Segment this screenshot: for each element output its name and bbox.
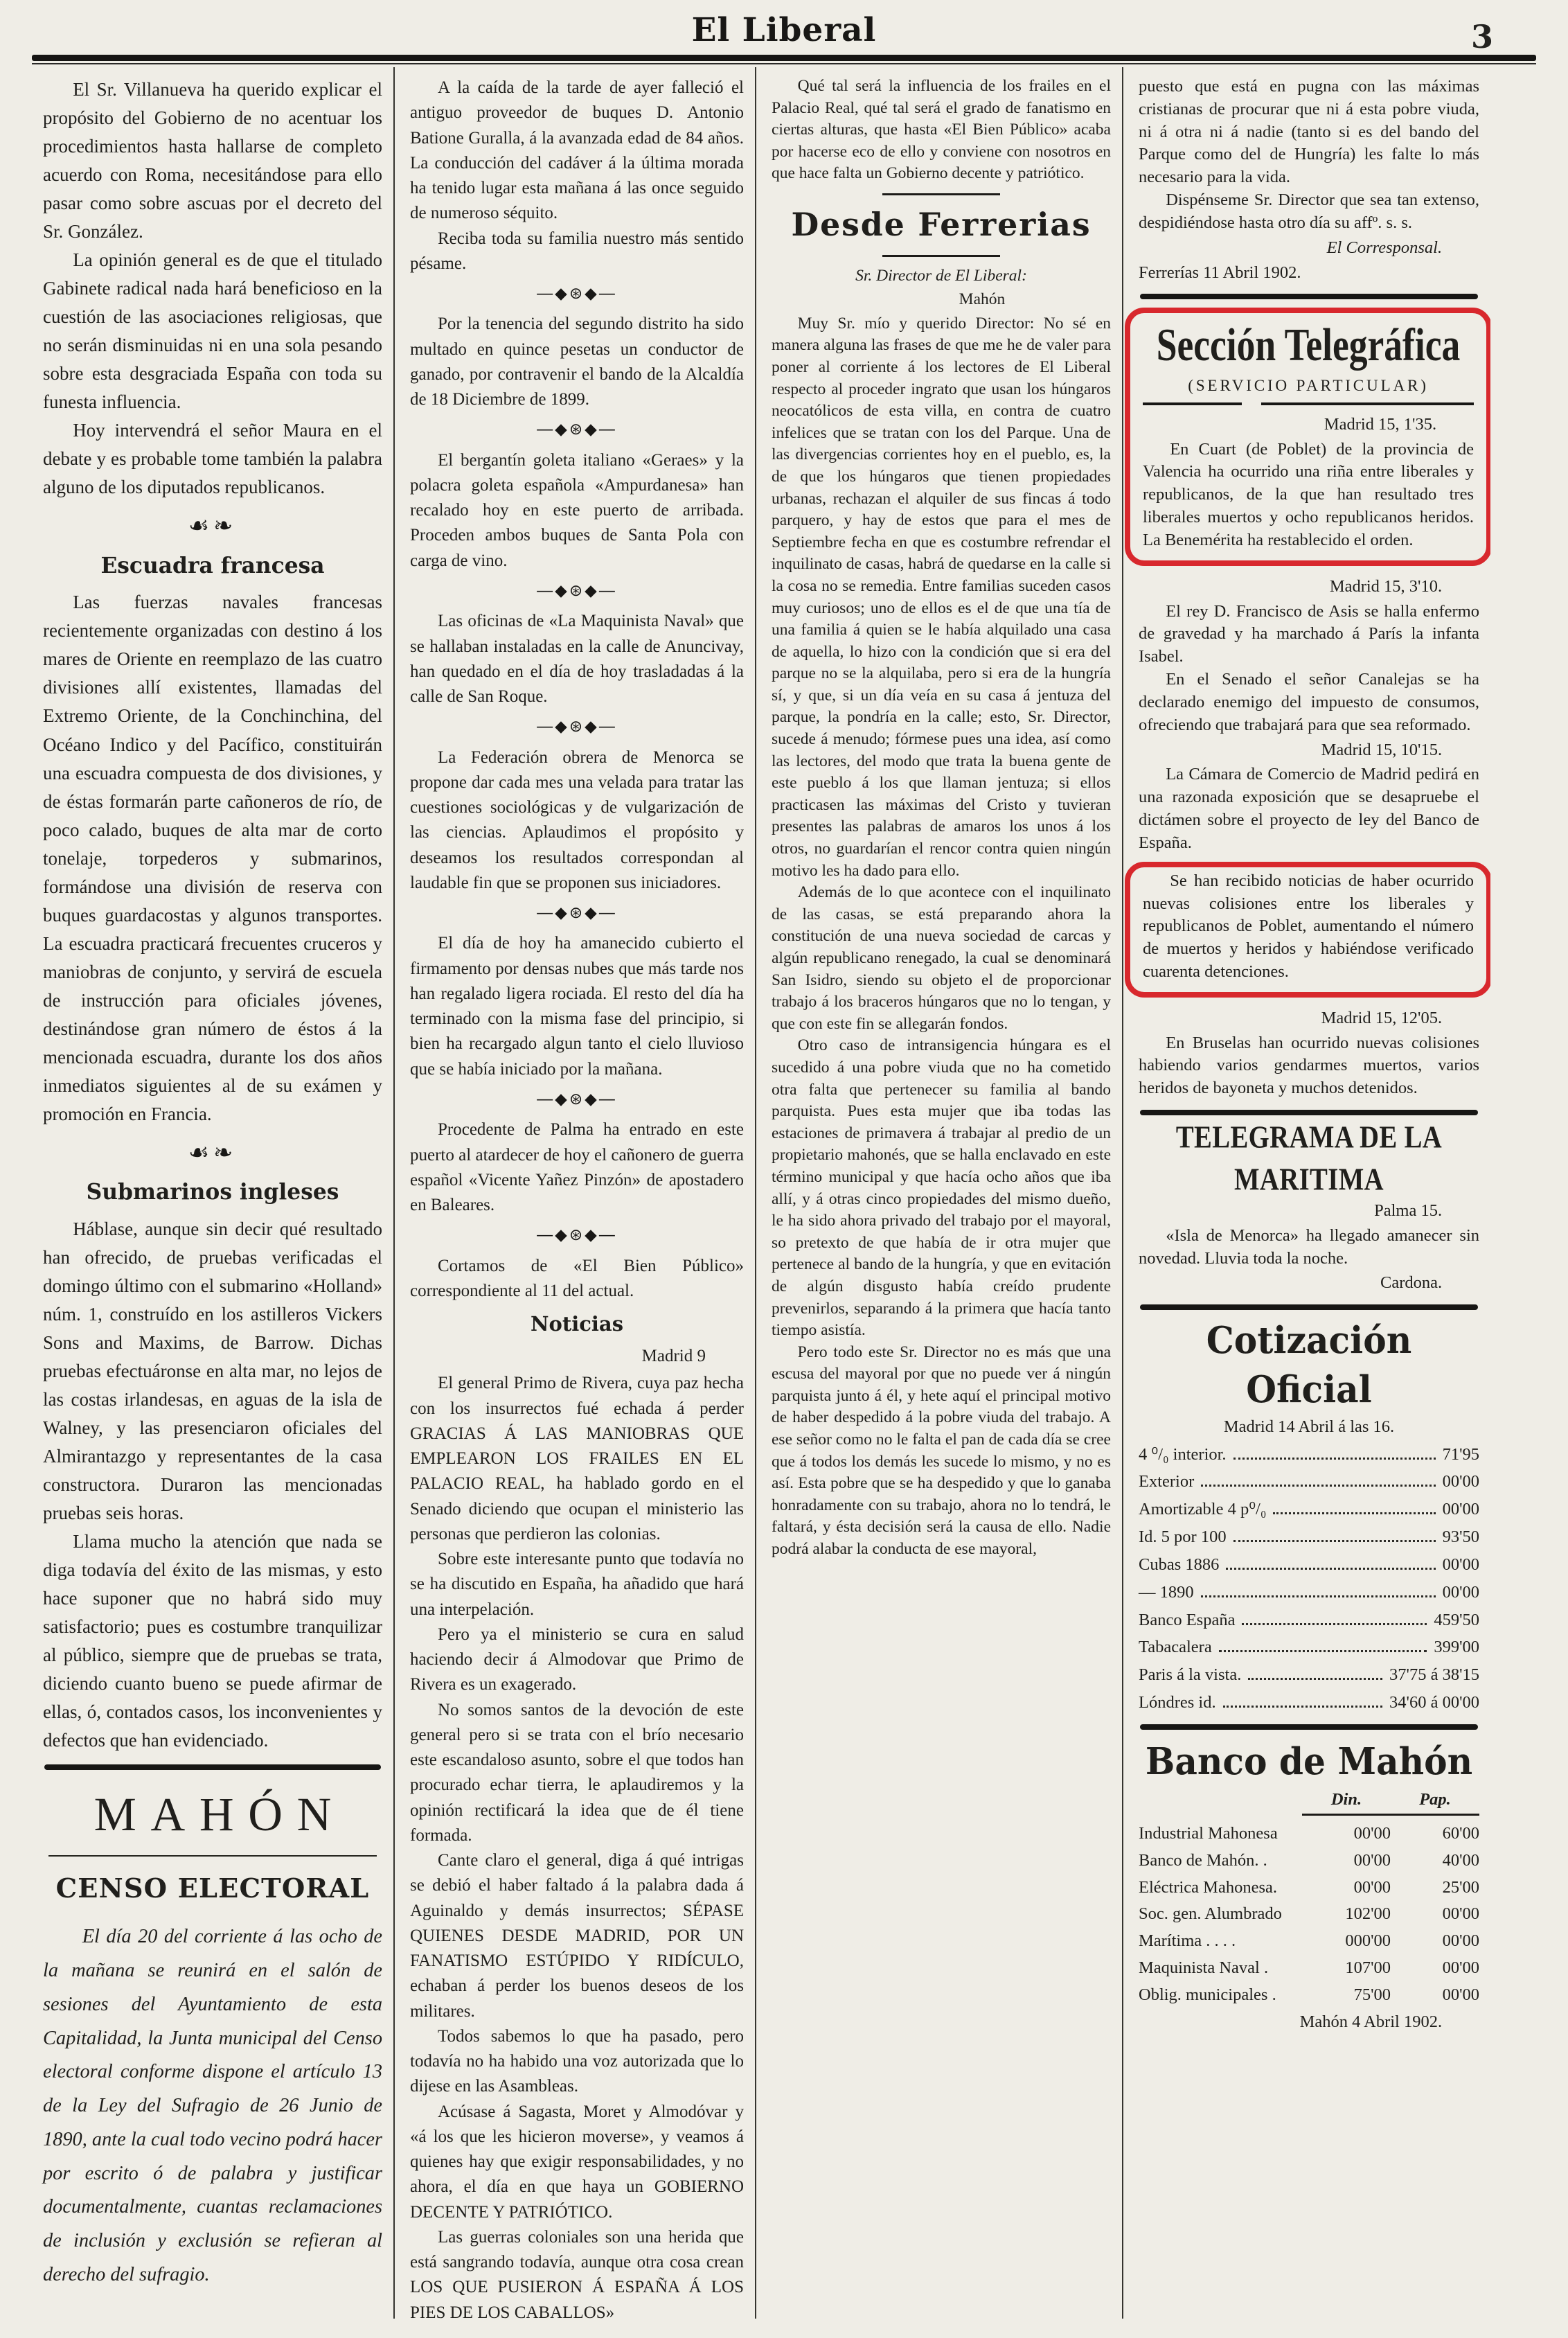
- dateline: Mahón: [772, 289, 1111, 311]
- pap-value: 00'00: [1391, 1903, 1479, 1926]
- quote-label: Soc. gen. Alumbrado: [1139, 1903, 1302, 1926]
- quote-value: 00'00: [1443, 1471, 1479, 1494]
- quote-label: Cubas 1886: [1139, 1554, 1219, 1577]
- dot-leader: [1233, 1458, 1436, 1460]
- dot-leader: [1201, 1595, 1436, 1597]
- highlight-annotation: Se han recibido noticias de haber ocurri…: [1125, 862, 1490, 998]
- dateline: Madrid 15, 3'10.: [1139, 576, 1479, 599]
- paragraph: En el Senado el señor Canalejas se ha de…: [1139, 668, 1479, 736]
- cotizacion-table: 4 ⁰/₀ interior.71'95Exterior00'00Amortiz…: [1139, 1444, 1479, 1715]
- pap-value: 00'00: [1391, 1930, 1479, 1953]
- seccion-telegrafica-title: Sección Telegráfica: [1155, 315, 1463, 376]
- dot-leader: [1219, 1650, 1427, 1652]
- curl-ornament-icon: ☙❧: [43, 508, 382, 543]
- paragraph: El día 20 del corriente á las ocho de la…: [43, 1920, 382, 2292]
- quote-row: Tabacalera399'00: [1139, 1636, 1479, 1659]
- heavy-rule: [1140, 1110, 1478, 1115]
- paragraph: Las guerras coloniales son una herida qu…: [410, 2225, 744, 2319]
- paragraph: Pero todo este Sr. Director no es más qu…: [772, 1342, 1111, 1561]
- short-rule: [882, 193, 1000, 195]
- quote-value: 93'50: [1443, 1526, 1479, 1549]
- split-rule-right: [1261, 402, 1474, 405]
- paragraph: Otro caso de intransigencia húngara es e…: [772, 1035, 1111, 1341]
- short-rule: [882, 255, 1000, 257]
- paragraph: El Sr. Villanueva ha querido explicar el…: [43, 76, 382, 246]
- paragraph: Además de lo que acontece con el inquili…: [772, 882, 1111, 1035]
- quote-row: — 189000'00: [1139, 1582, 1479, 1604]
- dateline: Madrid 9: [410, 1344, 744, 1369]
- censo-electoral-title: CENSO ELECTORAL: [43, 1869, 382, 1909]
- paragraph: Todos sabemos lo que ha pasado, pero tod…: [410, 2024, 744, 2100]
- banco-table-header: Din.Pap.: [1139, 1789, 1479, 1816]
- quote-label: — 1890: [1139, 1582, 1194, 1604]
- din-value: 75'00: [1302, 1984, 1391, 2007]
- quote-row: Maquinista Naval .107'0000'00: [1139, 1957, 1479, 1980]
- pap-value: 00'00: [1391, 1984, 1479, 2007]
- centered-line: Madrid 14 Abril á las 16.: [1139, 1416, 1479, 1439]
- dateline: Palma 15.: [1139, 1200, 1479, 1223]
- paragraph: Dispénseme Sr. Director que sea tan exte…: [1139, 189, 1479, 235]
- quote-label: Exterior: [1139, 1471, 1194, 1494]
- dot-leader: [1248, 1678, 1382, 1680]
- divider-ornament-icon: ―◆⊛◆―: [410, 716, 744, 738]
- quote-row: 4 ⁰/₀ interior.71'95: [1139, 1444, 1479, 1467]
- quote-value: 399'00: [1434, 1636, 1479, 1659]
- divider-ornament-icon: ―◆⊛◆―: [410, 283, 744, 305]
- quote-value: 71'95: [1443, 1444, 1479, 1467]
- pap-value: 40'00: [1391, 1850, 1479, 1872]
- quote-row: Amortizable 4 p⁰/₀00'00: [1139, 1498, 1479, 1521]
- salutation: Sr. Director de El Liberal:: [772, 265, 1111, 287]
- paragraph: En Cuart (de Poblet) de la provincia de …: [1143, 439, 1474, 552]
- din-value: 000'00: [1302, 1930, 1391, 1953]
- heavy-rule: [1140, 1724, 1478, 1730]
- quote-label: 4 ⁰/₀ interior.: [1139, 1444, 1227, 1467]
- quote-value: 00'00: [1443, 1498, 1479, 1521]
- heavy-rule: [1140, 1304, 1478, 1310]
- paragraph: Ferrerías 11 Abril 1902.: [1139, 262, 1479, 285]
- dot-leader: [1226, 1568, 1435, 1570]
- dot-leader: [1223, 1706, 1382, 1708]
- paragraph: La Cámara de Comercio de Madrid pedirá e…: [1139, 763, 1479, 854]
- quote-value: 34'60 á 00'00: [1389, 1692, 1479, 1715]
- divider-ornament-icon: ―◆⊛◆―: [410, 418, 744, 441]
- newspaper-page: El Liberal 3 El Sr. Villanueva ha querid…: [0, 0, 1568, 2338]
- paragraph: Procedente de Palma ha entrado en este p…: [410, 1117, 744, 1218]
- paragraph: puesto que está en pugna con las máximas…: [1139, 76, 1479, 189]
- paragraph: Muy Sr. mío y querido Director: No sé en…: [772, 313, 1111, 882]
- paragraph: El rey D. Francisco de Asis se halla enf…: [1139, 601, 1479, 668]
- quote-row: Oblig. municipales .75'0000'00: [1139, 1984, 1479, 2007]
- section-heading: Submarinos ingleses: [43, 1176, 382, 1210]
- quote-row: Cubas 188600'00: [1139, 1554, 1479, 1577]
- dateline: Madrid 15, 12'05.: [1139, 1007, 1479, 1030]
- paragraph: Llama mucho la atención que nada se diga…: [43, 1527, 382, 1755]
- quote-label: Maquinista Naval .: [1139, 1957, 1302, 1980]
- paragraph: Háblase, aunque sin decir qué resultado …: [43, 1215, 382, 1527]
- divider-ornament-icon: ―◆⊛◆―: [410, 1088, 744, 1111]
- telegrama-maritima-title: TELEGRAMA DE LA MARITIMA: [1139, 1117, 1479, 1202]
- column-header: Pap.: [1391, 1789, 1479, 1816]
- quote-label: Marítima . . . .: [1139, 1930, 1302, 1953]
- column-1: El Sr. Villanueva ha querido explicar el…: [36, 67, 393, 2319]
- quote-row: Eléctrica Mahonesa.00'0025'00: [1139, 1877, 1479, 1899]
- paragraph: La Federación obrera de Menorca se propo…: [410, 745, 744, 896]
- column-4: puesto que está en pugna con las máximas…: [1122, 67, 1490, 2319]
- quote-label: Amortizable 4 p⁰/₀: [1139, 1498, 1266, 1521]
- paragraph: Reciba toda su familia nuestro más senti…: [410, 227, 744, 277]
- quote-label: Tabacalera: [1139, 1636, 1212, 1659]
- din-value: 107'00: [1302, 1957, 1391, 1980]
- quote-label: Industrial Mahonesa: [1139, 1823, 1302, 1845]
- quote-value: 459'50: [1434, 1609, 1479, 1632]
- masthead: El Liberal 3: [0, 0, 1568, 49]
- column-header: Din.: [1302, 1789, 1391, 1816]
- mahon-title: MAHÓN: [43, 1778, 382, 1851]
- quote-row: Marítima . . . .000'0000'00: [1139, 1930, 1479, 1953]
- paper-title: El Liberal: [692, 11, 877, 49]
- service-note: (SERVICIO PARTICULAR): [1143, 375, 1474, 397]
- split-rule-left: [1143, 402, 1242, 405]
- dot-leader: [1273, 1512, 1435, 1514]
- highlight-annotation: Sección Telegráfica(SERVICIO PARTICULAR)…: [1125, 308, 1490, 565]
- quote-label: Lóndres id.: [1139, 1692, 1216, 1715]
- quote-row: Industrial Mahonesa00'0060'00: [1139, 1823, 1479, 1845]
- quote-label: Oblig. municipales .: [1139, 1984, 1302, 2007]
- paragraph: A la caída de la tarde de ayer falleció …: [410, 76, 744, 227]
- pap-value: 25'00: [1391, 1877, 1479, 1899]
- quote-label: Id. 5 por 100: [1139, 1526, 1227, 1549]
- quote-row: Lóndres id.34'60 á 00'00: [1139, 1692, 1479, 1715]
- quote-row: Soc. gen. Alumbrado102'0000'00: [1139, 1903, 1479, 1926]
- paragraph: Las oficinas de «La Maquinista Naval» qu…: [410, 609, 744, 709]
- banco-table: Din.Pap.Industrial Mahonesa00'0060'00Ban…: [1139, 1789, 1479, 2007]
- quote-value: 00'00: [1443, 1554, 1479, 1577]
- paragraph: Cante claro el general, diga á qué intri…: [410, 1848, 744, 2024]
- quote-label: Banco España: [1139, 1609, 1235, 1632]
- quote-label: Banco de Mahón. .: [1139, 1850, 1302, 1872]
- dot-leader: [1201, 1485, 1435, 1487]
- dateline: Madrid 15, 1'35.: [1143, 414, 1474, 436]
- paragraph: En Bruselas han ocurrido nuevas colision…: [1139, 1032, 1479, 1100]
- masthead-rule: [32, 55, 1536, 61]
- split-rule: [1143, 402, 1474, 405]
- pap-value: 60'00: [1391, 1823, 1479, 1845]
- din-value: 102'00: [1302, 1903, 1391, 1926]
- column-3: Qué tal será la influencia de los fraile…: [755, 67, 1122, 2319]
- paragraph: El bergantín goleta italiano «Geraes» y …: [410, 448, 744, 574]
- dateline: Madrid 15, 10'15.: [1139, 739, 1479, 762]
- din-value: 00'00: [1302, 1823, 1391, 1845]
- divider-ornament-icon: ―◆⊛◆―: [410, 580, 744, 603]
- dateline: Mahón 4 Abril 1902.: [1139, 2011, 1479, 2034]
- paragraph: El general Primo de Rivera, cuya paz hec…: [410, 1371, 744, 1547]
- quote-row: Paris á la vista.37'75 á 38'15: [1139, 1664, 1479, 1687]
- divider-ornament-icon: ―◆⊛◆―: [410, 902, 744, 925]
- dateline: Cardona.: [1139, 1272, 1479, 1295]
- section-heading: Escuadra francesa: [43, 550, 382, 583]
- dot-leader: [1233, 1540, 1436, 1542]
- page-number: 3: [1471, 18, 1493, 55]
- paragraph: Las fuerzas navales francesas recienteme…: [43, 588, 382, 1128]
- quote-value: 37'75 á 38'15: [1389, 1664, 1479, 1687]
- paragraph: «Isla de Menorca» ha llegado amanecer si…: [1139, 1225, 1479, 1270]
- curl-ornament-icon: ☙❧: [43, 1135, 382, 1170]
- quote-row: Banco España459'50: [1139, 1609, 1479, 1632]
- din-value: 00'00: [1302, 1850, 1391, 1872]
- paragraph: Acúsase á Sagasta, Moret y Almodóvar y «…: [410, 2100, 744, 2225]
- signature: El Corresponsal.: [1139, 237, 1479, 260]
- pap-value: 00'00: [1391, 1957, 1479, 1980]
- quote-row: Banco de Mahón. .00'0040'00: [1139, 1850, 1479, 1872]
- quote-value: 00'00: [1443, 1582, 1479, 1604]
- page-columns: El Sr. Villanueva ha querido explicar el…: [36, 67, 1540, 2319]
- heavy-rule: [1140, 294, 1478, 299]
- paragraph: Cortamos de «El Bien Público» correspond…: [410, 1254, 744, 1304]
- desde-ferrerias-title: Desde Ferrerias: [772, 204, 1111, 247]
- paragraph: Pero ya el ministerio se cura en salud h…: [410, 1622, 744, 1698]
- paragraph: Se han recibido noticias de haber ocurri…: [1143, 870, 1474, 984]
- masthead-rule-thin: [32, 63, 1536, 64]
- heavy-rule: [44, 1764, 381, 1770]
- quote-row: Id. 5 por 10093'50: [1139, 1526, 1479, 1549]
- paragraph: Hoy intervendrá el señor Maura en el deb…: [43, 416, 382, 502]
- divider-ornament-icon: ―◆⊛◆―: [410, 1224, 744, 1247]
- din-value: 00'00: [1302, 1877, 1391, 1899]
- dot-leader: [1242, 1623, 1427, 1625]
- paragraph: Sobre este interesante punto que todavía…: [410, 1547, 744, 1622]
- column-2: A la caída de la tarde de ayer falleció …: [393, 67, 755, 2319]
- paragraph: El día de hoy ha amanecido cubierto el f…: [410, 931, 744, 1082]
- paragraph: Por la tenencia del segundo distrito ha …: [410, 312, 744, 412]
- quote-label: Eléctrica Mahonesa.: [1139, 1877, 1302, 1899]
- paragraph: La opinión general es de que el titulado…: [43, 246, 382, 416]
- cotizacion-oficial-title: Cotización Oficial: [1139, 1316, 1479, 1415]
- paragraph: No somos santos de la devoción de este g…: [410, 1698, 744, 1849]
- banco-de-mahon-title: Banco de Mahón: [1139, 1737, 1479, 1786]
- quote-row: Exterior00'00: [1139, 1471, 1479, 1494]
- section-heading: Noticias: [410, 1309, 744, 1338]
- quote-label: Paris á la vista.: [1139, 1664, 1241, 1687]
- thin-rule: [48, 1855, 377, 1857]
- paragraph: Qué tal será la influencia de los fraile…: [772, 76, 1111, 185]
